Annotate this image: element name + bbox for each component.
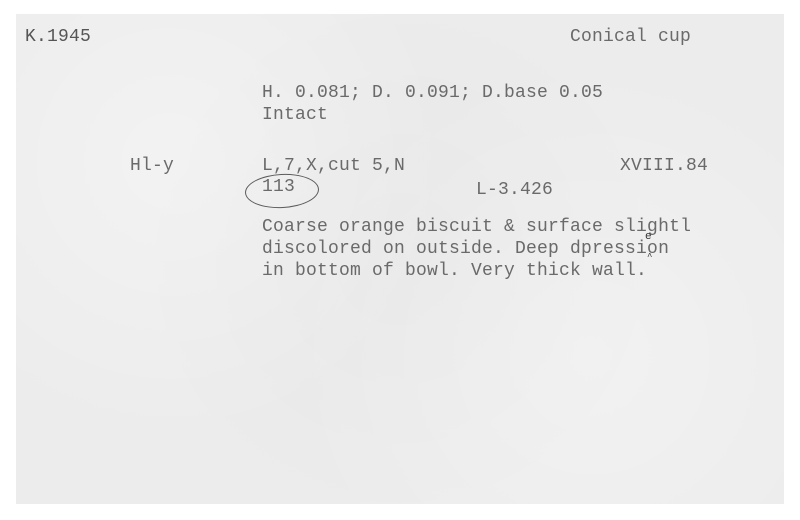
catalog-card: K.1945 Conical cup H. 0.081; D. 0.091; D… — [16, 14, 784, 504]
accession-number: K.1945 — [25, 26, 91, 48]
object-type: Conical cup — [570, 26, 691, 48]
condition: Intact — [262, 104, 328, 126]
context-code: Hl-y — [130, 155, 174, 177]
lot-reference: L-3.426 — [476, 179, 553, 201]
description-line-1: Coarse orange biscuit & surface slightl — [262, 216, 691, 238]
lot-number: 113 — [262, 176, 295, 198]
caret-insert-icon: ^ — [647, 252, 652, 262]
dimensions: H. 0.081; D. 0.091; D.base 0.05 — [262, 82, 603, 104]
plate-reference: XVIII.84 — [620, 155, 708, 177]
description-line-2: discolored on outside. Deep dpression — [262, 238, 669, 260]
handwritten-correction: e — [645, 231, 652, 243]
description-line-3: in bottom of bowl. Very thick wall. — [262, 260, 647, 282]
